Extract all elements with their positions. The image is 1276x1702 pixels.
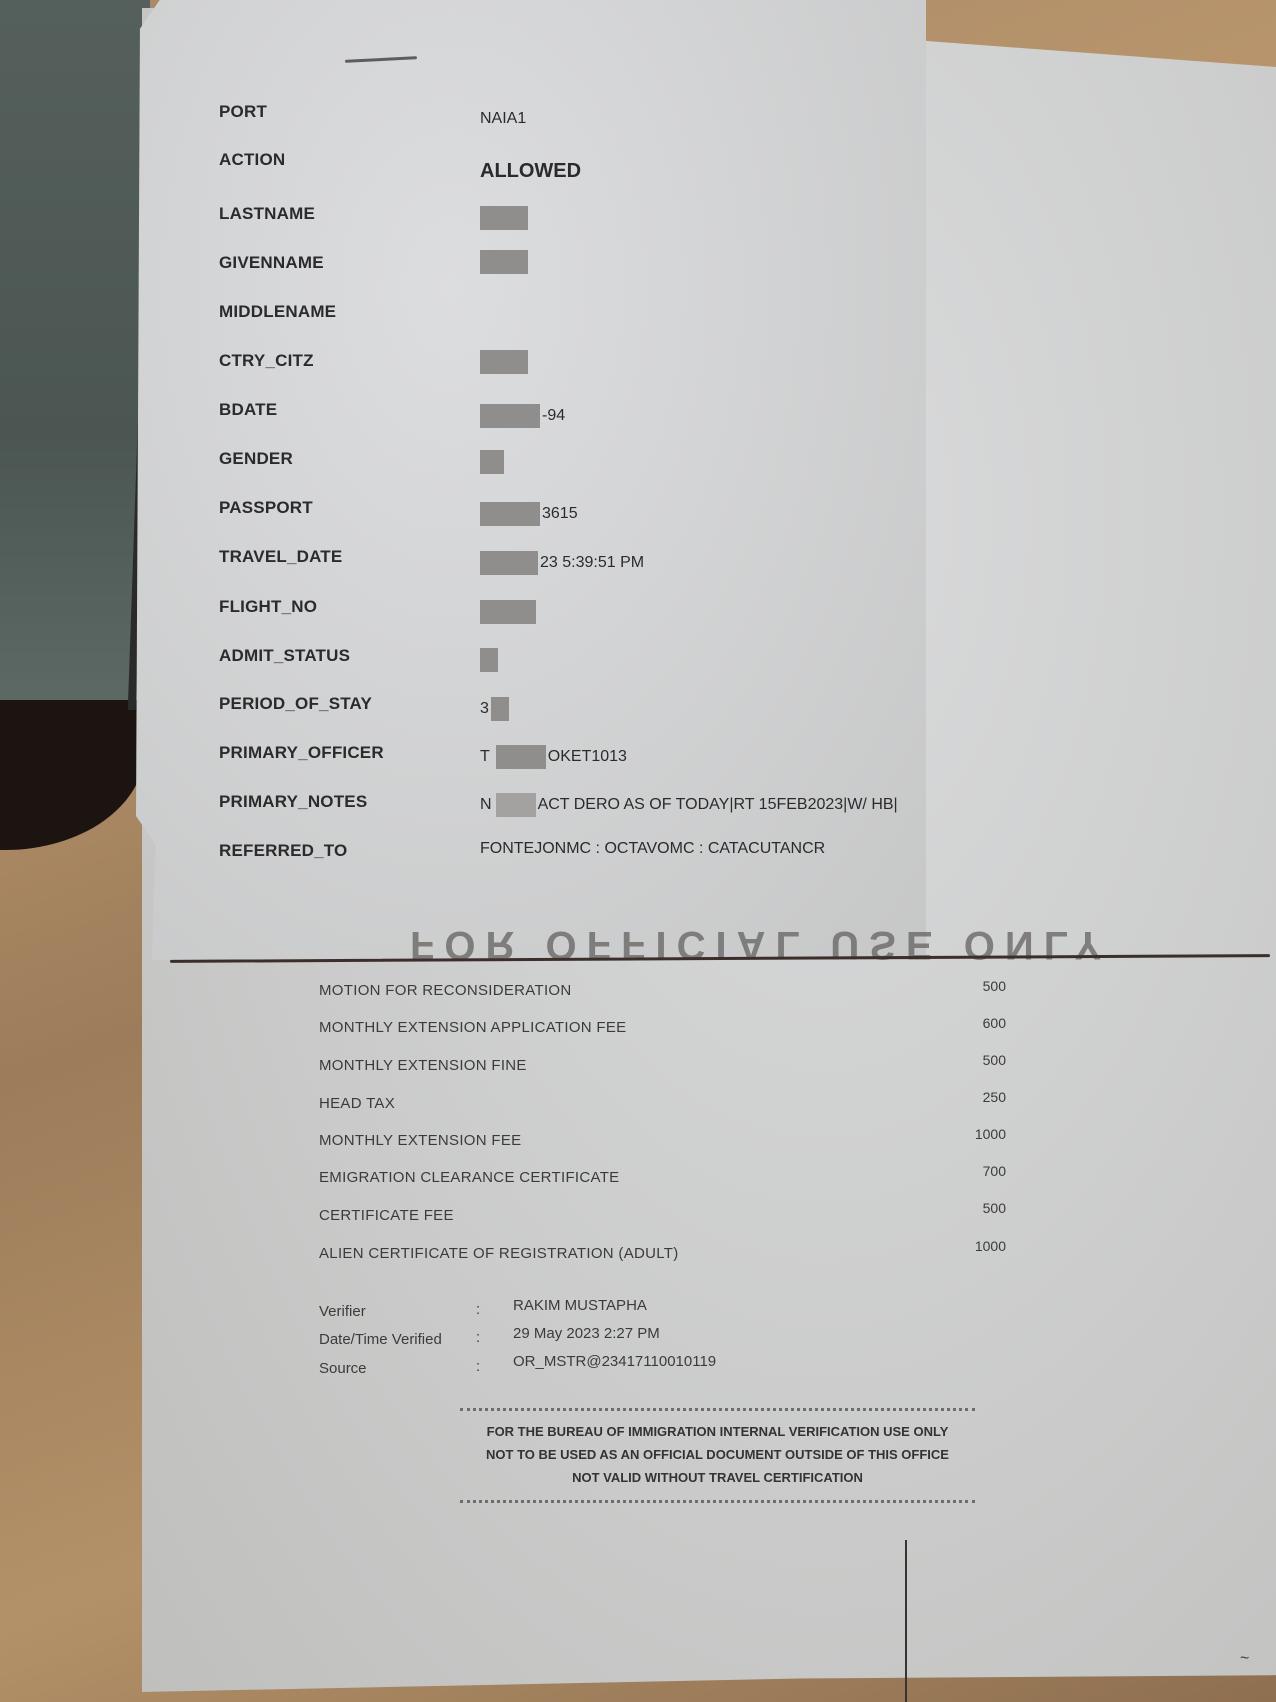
redaction-block <box>491 697 509 721</box>
field-value-ctry-citz <box>480 350 530 374</box>
field-value-gender <box>480 450 506 474</box>
field-label-primary-officer: PRIMARY_OFFICER <box>219 743 384 763</box>
field-label-lastname: LASTNAME <box>219 204 315 224</box>
field-label-flight-no: FLIGHT_NO <box>219 597 317 617</box>
field-label-travel-date: TRAVEL_DATE <box>219 547 342 567</box>
separator: : <box>476 1329 480 1346</box>
field-label-action: ACTION <box>219 150 285 170</box>
field-value-travel-date: 23 5:39:51 PM <box>480 551 644 575</box>
source-value: OR_MSTR@23417110010119 <box>513 1353 716 1370</box>
separator: : <box>476 1358 480 1375</box>
fee-label: CERTIFICATE FEE <box>319 1207 454 1224</box>
fee-amount: 500 <box>983 1052 1006 1068</box>
fee-label: MOTION FOR RECONSIDERATION <box>319 982 572 999</box>
notes-visible-part: ACT DERO AS OF TODAY|RT 15FEB2023|W/ HB| <box>538 796 898 813</box>
fee-label: MONTHLY EXTENSION FINE <box>319 1057 527 1074</box>
field-label-bdate: BDATE <box>219 400 277 420</box>
verifier-name: RAKIM MUSTAPHA <box>513 1297 647 1314</box>
redaction-block <box>496 745 546 769</box>
fee-amount: 250 <box>983 1089 1006 1105</box>
fee-label: EMIGRATION CLEARANCE CERTIFICATE <box>319 1169 619 1186</box>
field-value-primary-officer: TOKET1013 <box>480 745 627 769</box>
field-label-referred-to: REFERRED_TO <box>219 841 347 861</box>
field-value-action: ALLOWED <box>480 160 581 183</box>
redaction-block <box>480 404 540 428</box>
source-label: Source <box>319 1360 367 1377</box>
travel-date-visible-part: 23 5:39:51 PM <box>540 554 644 571</box>
field-value-referred-to: FONTEJONMC : OCTAVOMC : CATACUTANCR <box>480 840 825 858</box>
pen-mark-icon: ~ <box>1240 1650 1249 1668</box>
fold-crease <box>905 1540 907 1702</box>
field-label-givenname: GIVENNAME <box>219 253 324 273</box>
fee-label: HEAD TAX <box>319 1095 395 1112</box>
bdate-visible-part: -94 <box>542 407 565 424</box>
separator: : <box>476 1301 480 1318</box>
disclaimer-line: NOT TO BE USED AS AN OFFICIAL DOCUMENT O… <box>460 1443 975 1466</box>
background-binder <box>0 0 150 720</box>
field-value-lastname <box>480 206 530 230</box>
datetime-label: Date/Time Verified <box>319 1331 442 1348</box>
fee-label: MONTHLY EXTENSION APPLICATION FEE <box>319 1019 626 1036</box>
notes-prefix: N <box>480 796 492 813</box>
datetime-verified: 29 May 2023 2:27 PM <box>513 1325 660 1342</box>
redaction-block <box>496 793 536 817</box>
redaction-block <box>480 551 538 575</box>
field-value-admit-status <box>480 648 500 672</box>
redaction-block <box>480 250 528 274</box>
fee-amount: 700 <box>983 1163 1006 1179</box>
disclaimer-line: FOR THE BUREAU OF IMMIGRATION INTERNAL V… <box>460 1420 975 1443</box>
officer-prefix: T <box>480 748 490 765</box>
disclaimer-line: NOT VALID WITHOUT TRAVEL CERTIFICATION <box>460 1466 975 1489</box>
redaction-block <box>480 600 536 624</box>
field-label-middlename: MIDDLENAME <box>219 302 336 322</box>
verifier-label: Verifier <box>319 1303 366 1320</box>
redaction-block <box>480 206 528 230</box>
redaction-block <box>480 350 528 374</box>
field-value-bdate: -94 <box>480 404 565 428</box>
fee-label: MONTHLY EXTENSION FEE <box>319 1132 521 1149</box>
period-visible-part: 3 <box>480 700 489 717</box>
background-shadow <box>0 700 145 850</box>
redaction-block <box>480 450 504 474</box>
fee-amount: 1000 <box>975 1126 1006 1142</box>
field-value-givenname <box>480 250 530 274</box>
fee-amount: 1000 <box>975 1238 1006 1254</box>
field-label-gender: GENDER <box>219 449 293 469</box>
field-value-port: NAIA1 <box>480 110 526 128</box>
fee-label: ALIEN CERTIFICATE OF REGISTRATION (ADULT… <box>319 1245 679 1262</box>
field-value-flight-no <box>480 600 538 624</box>
redaction-block <box>480 502 540 526</box>
field-value-passport: 3615 <box>480 502 578 526</box>
field-value-period-of-stay: 3 <box>480 697 511 721</box>
fee-amount: 500 <box>983 1200 1006 1216</box>
dotted-divider <box>460 1500 975 1503</box>
redaction-block <box>480 648 498 672</box>
field-value-primary-notes: NACT DERO AS OF TODAY|RT 15FEB2023|W/ HB… <box>480 793 898 817</box>
fee-amount: 600 <box>983 1015 1006 1031</box>
field-label-passport: PASSPORT <box>219 498 313 518</box>
field-label-admit-status: ADMIT_STATUS <box>219 646 350 666</box>
field-label-port: PORT <box>219 102 267 122</box>
dotted-divider <box>460 1408 975 1411</box>
passport-visible-part: 3615 <box>542 505 578 522</box>
disclaimer: FOR THE BUREAU OF IMMIGRATION INTERNAL V… <box>460 1420 975 1489</box>
fee-amount: 500 <box>983 978 1006 994</box>
officer-visible-part: OKET1013 <box>548 748 627 765</box>
field-label-primary-notes: PRIMARY_NOTES <box>219 792 367 812</box>
field-label-ctry-citz: CTRY_CITZ <box>219 351 314 371</box>
field-label-period-of-stay: PERIOD_OF_STAY <box>219 694 372 714</box>
